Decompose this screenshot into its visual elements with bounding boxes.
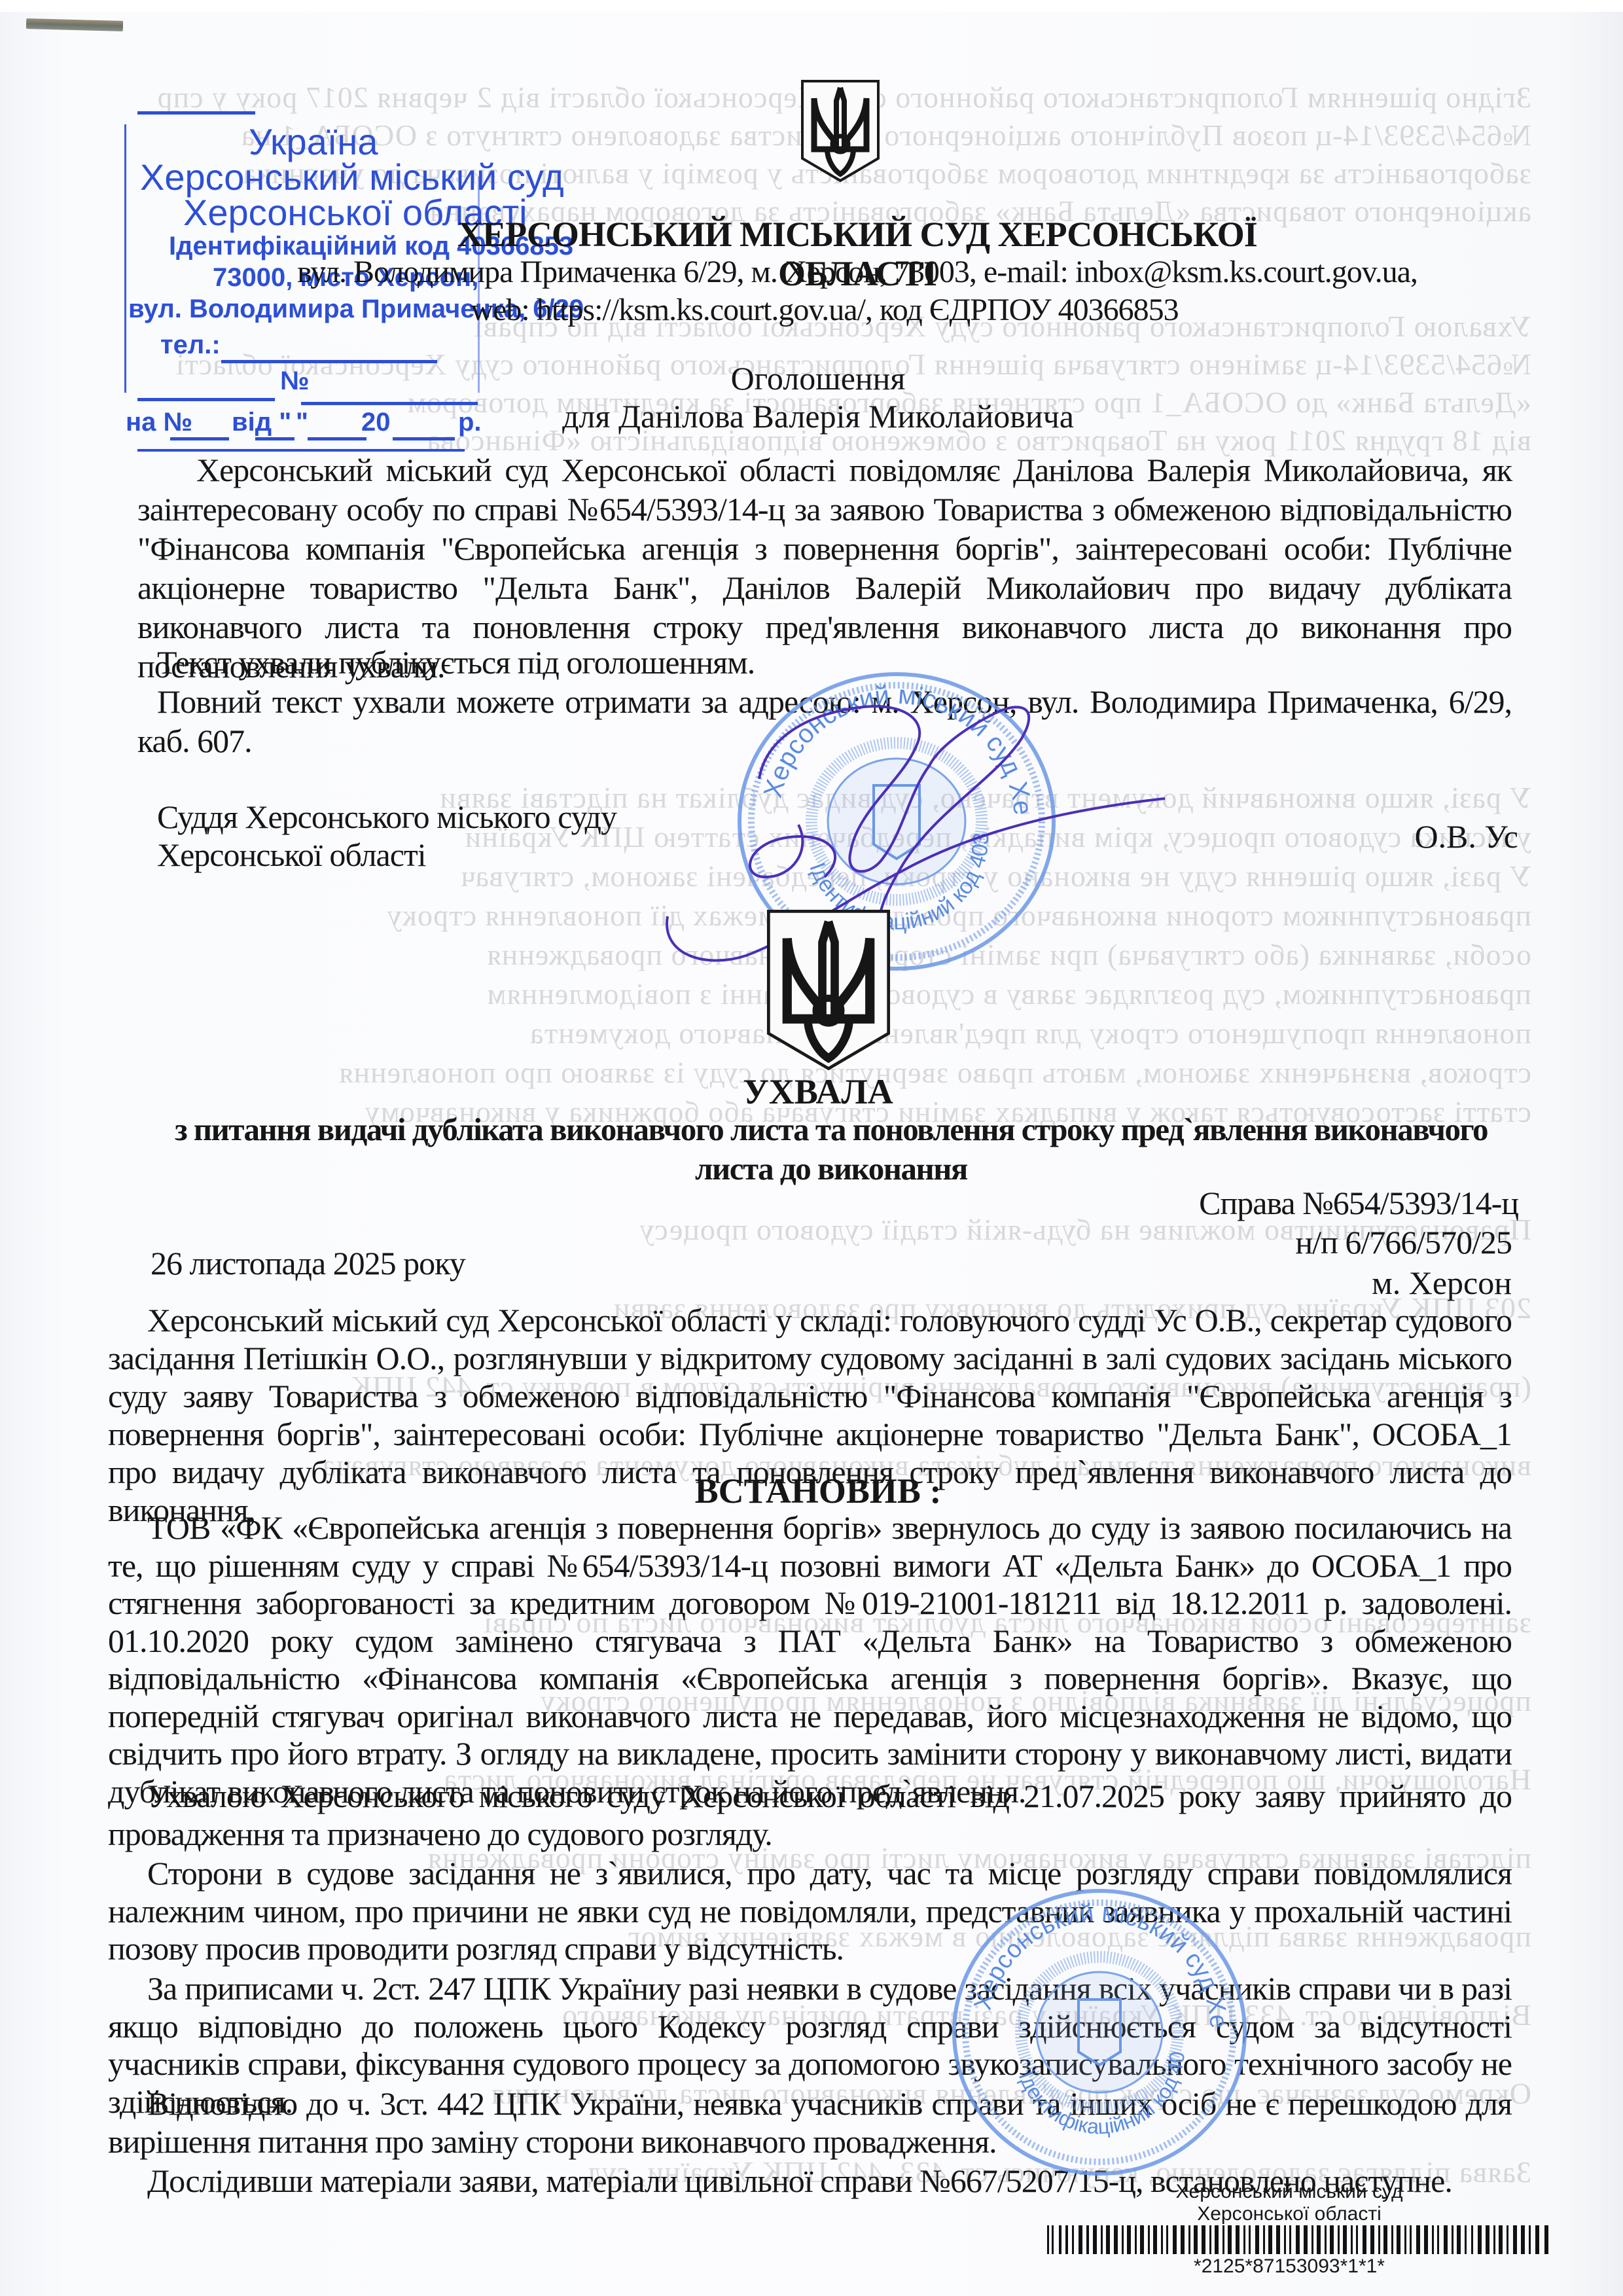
published-note: Текст ухвали публікується під оголошення…: [157, 643, 1466, 682]
court-address: вул. Володимира Примаченка 6/29, м. Херс…: [196, 253, 1518, 292]
stamp-from-label: від ": [232, 408, 291, 437]
judge-name: О.В. Ус: [1361, 817, 1518, 856]
ruling-date: 26 листопада 2025 року: [151, 1244, 674, 1283]
stamp-num-label: №: [280, 367, 310, 396]
ruling-paragraph-5: Відповідно до ч. 3ст. 442 ЦПК України, н…: [108, 2085, 1512, 2161]
ruling-paragraph-3: Сторони в судове засідання не з`явилися,…: [108, 1855, 1512, 1968]
announcement-title: Оголошення: [589, 359, 1047, 398]
barcode: [1047, 2225, 1558, 2259]
stamp-reply-label: на №: [126, 408, 192, 437]
court-web-edrpou: web: https://ksm.ks.court.gov.ua/, код Є…: [314, 291, 1335, 330]
court-seal-lower: Херсонський міський суд Херсонської обла…: [949, 1885, 1250, 2179]
barcode-org-line2: Херсонської області: [1086, 2203, 1492, 2225]
ruling-subtitle: з питання видачі дубліката виконавчого л…: [151, 1110, 1512, 1189]
barcode-value: *2125*87153093*1*1*: [1086, 2255, 1492, 2278]
proceeding-number: н/п 6/766/570/25: [1113, 1223, 1512, 1262]
ruling-paragraph-2: Ухвалою Херсонського міського суду Херсо…: [108, 1778, 1512, 1853]
stamp-quote: ": [296, 408, 308, 437]
announcement-recipient: для Данілова Валерія Миколайовича: [458, 397, 1178, 436]
stamp-year-prefix: 20: [361, 408, 391, 437]
coat-of-arms-icon: [764, 906, 893, 1073]
case-number: Справа №654/5393/14-ц: [1113, 1183, 1518, 1223]
scan-margin: [0, 0, 1623, 12]
ruling-paragraph-1: ТОВ «ФК «Європейська агенція з поверненн…: [108, 1509, 1512, 1810]
judge-title-line1: Суддя Херсонського міського суду: [157, 797, 746, 836]
coat-of-arms-icon: [800, 79, 881, 183]
barcode-org-line1: Херсонський міський суд: [1086, 2181, 1492, 2203]
judge-title-line2: Херсонської області: [157, 835, 746, 874]
established-heading: ВСТАНОВИВ :: [589, 1471, 1047, 1511]
ruling-city: м. Херсон: [1243, 1263, 1512, 1302]
ruling-title: УХВАЛА: [589, 1072, 1047, 1111]
stamp-tel-label: тел.:: [160, 331, 221, 360]
